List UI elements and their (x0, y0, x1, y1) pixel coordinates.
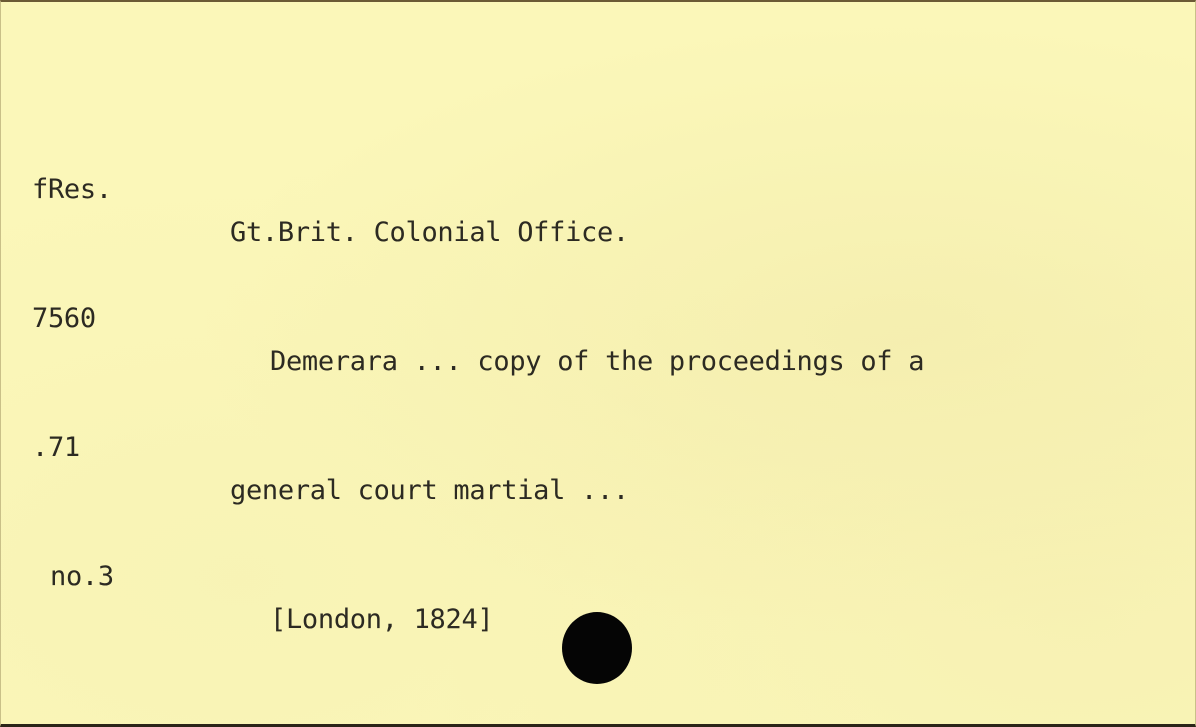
call-number-class: 7560 (32, 297, 114, 340)
call-number-volume: no.3 (32, 555, 114, 598)
call-number-collection: fRes. (32, 168, 114, 211)
entry-heading: Gt.Brit. Colonial Office. (230, 211, 924, 254)
punch-hole-icon (562, 612, 632, 684)
entry-title-line-2: general court martial ... (230, 469, 924, 512)
call-number-cutter: .71 (32, 426, 114, 469)
catalog-card: fRes. 7560 .71 no.3 Gt.Brit. Colonial Of… (0, 0, 1196, 727)
call-number: fRes. 7560 .71 no.3 (32, 82, 114, 684)
entry-title-line-1: Demerara ... copy of the proceedings of … (230, 340, 924, 383)
